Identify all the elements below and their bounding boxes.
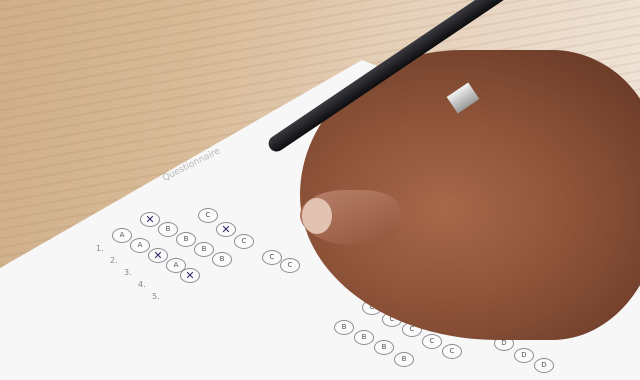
answer-bubble: B [158, 222, 178, 237]
marked-bubble: ✕ [148, 248, 168, 263]
question-number: 5. [152, 292, 160, 301]
answer-bubble: D [514, 348, 534, 363]
answer-bubble: C [280, 258, 300, 273]
answer-bubble: A [130, 238, 150, 253]
answer-bubble: C [442, 344, 462, 359]
answer-bubble: A [112, 228, 132, 243]
photo-scene: Questionnaire 1.2.3.4.5. AA✕A✕✕BBBBC✕CCC… [0, 0, 640, 380]
marked-bubble: ✕ [180, 268, 200, 283]
answer-bubble: B [176, 232, 196, 247]
question-number: 3. [124, 268, 132, 277]
marked-bubble: ✕ [216, 222, 236, 237]
answer-bubble: B [334, 320, 354, 335]
question-number: 4. [138, 280, 146, 289]
thumbnail [302, 198, 332, 234]
answer-bubble: B [212, 252, 232, 267]
answer-bubble: C [234, 234, 254, 249]
answer-bubble: D [534, 358, 554, 373]
question-number: 1. [96, 244, 104, 253]
answer-bubble: B [354, 330, 374, 345]
question-number: 2. [110, 256, 118, 265]
answer-bubble: C [422, 334, 442, 349]
answer-bubble: C [198, 208, 218, 223]
answer-bubble: C [262, 250, 282, 265]
answer-bubble: B [374, 340, 394, 355]
marked-bubble: ✕ [140, 212, 160, 227]
answer-bubble: B [394, 352, 414, 367]
answer-bubble: B [194, 242, 214, 257]
